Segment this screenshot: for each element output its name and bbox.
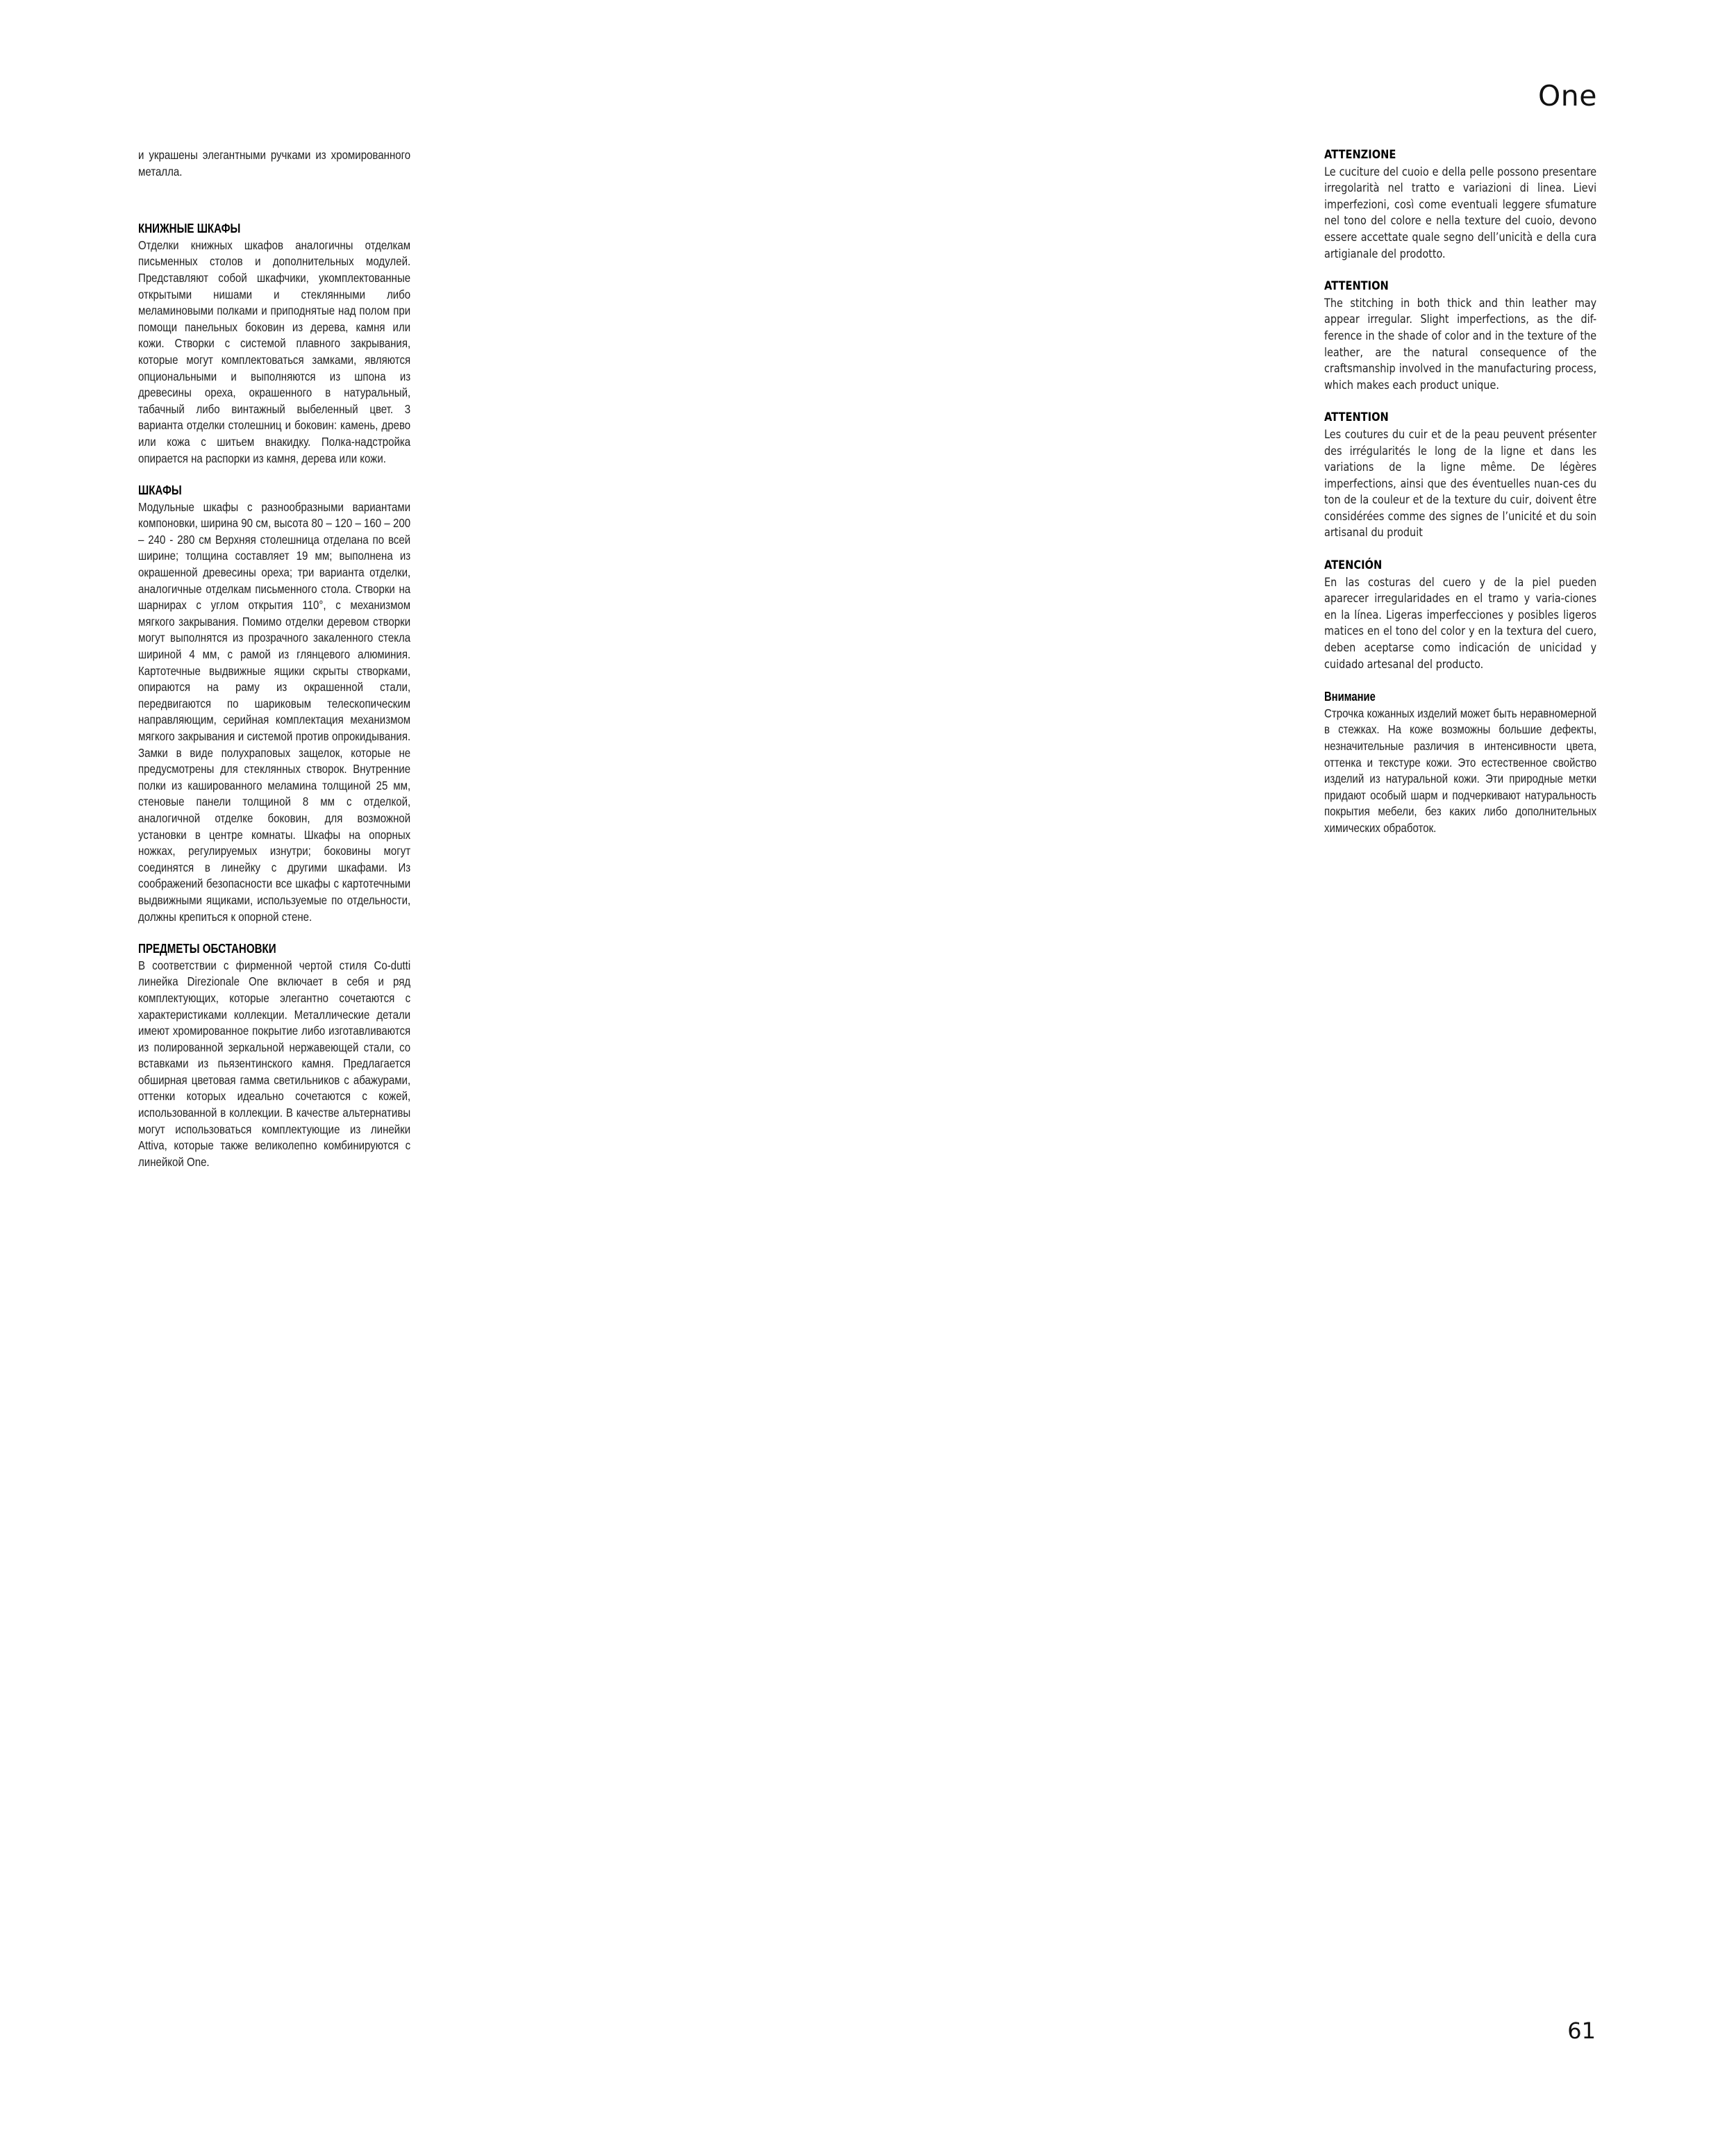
page-title: One: [1538, 82, 1597, 110]
left-column: и украшены элегантными ручками из хромир…: [138, 147, 410, 1170]
intro-paragraph: и украшены элегантными ручками из хромир…: [138, 147, 410, 180]
notice-heading: ATTENTION: [1324, 278, 1596, 295]
notice-russian: Внимание Строчка кожанных изделий может …: [1324, 689, 1596, 836]
section-accessories: ПРЕДМЕТЫ ОБСТАНОВКИ В соответствии с фир…: [138, 941, 410, 1170]
section-heading: КНИЖНЫЕ ШКАФЫ: [138, 221, 410, 238]
section-heading: ПРЕДМЕТЫ ОБСТАНОВКИ: [138, 941, 410, 958]
section-body: Отделки книжных шкафов аналогичны отделк…: [138, 238, 410, 467]
notice-body: Строчка кожанных изделий может быть нера…: [1324, 706, 1596, 837]
section-body: В соответствии с фирменной чертой стиля …: [138, 958, 410, 1171]
notice-body: Les coutures du cuir et de la peau peuve…: [1324, 426, 1596, 541]
page-number: 61: [1567, 2020, 1596, 2042]
notice-french: ATTENTION Les coutures du cuir et de la …: [1324, 410, 1596, 541]
right-column: ATTENZIONE Le cuciture del cuoio e della…: [1324, 147, 1596, 837]
section-cabinets: ШКАФЫ Модульные шкафы с разнообразными в…: [138, 483, 410, 925]
notice-italian: ATTENZIONE Le cuciture del cuoio e della…: [1324, 147, 1596, 262]
section-body: Модульные шкафы с разнообразными вариант…: [138, 499, 410, 925]
intro-text: и украшены элегантными ручками из хромир…: [138, 147, 410, 180]
section-bookcases: КНИЖНЫЕ ШКАФЫ Отделки книжных шкафов ана…: [138, 221, 410, 467]
notice-body: En las costuras del cuero y de la piel p…: [1324, 574, 1596, 673]
notice-heading: ATTENTION: [1324, 410, 1596, 426]
notice-body: Le cuciture del cuoio e della pelle poss…: [1324, 164, 1596, 263]
section-heading: ШКАФЫ: [138, 483, 410, 499]
notice-body: The stitching in both thick and thin lea…: [1324, 295, 1596, 394]
notice-heading: ATTENZIONE: [1324, 147, 1596, 164]
notice-english: ATTENTION The stitching in both thick an…: [1324, 278, 1596, 393]
notice-spanish: ATENCIÓN En las costuras del cuero y de …: [1324, 558, 1596, 672]
notice-heading: ATENCIÓN: [1324, 558, 1596, 574]
notice-heading: Внимание: [1324, 689, 1584, 706]
